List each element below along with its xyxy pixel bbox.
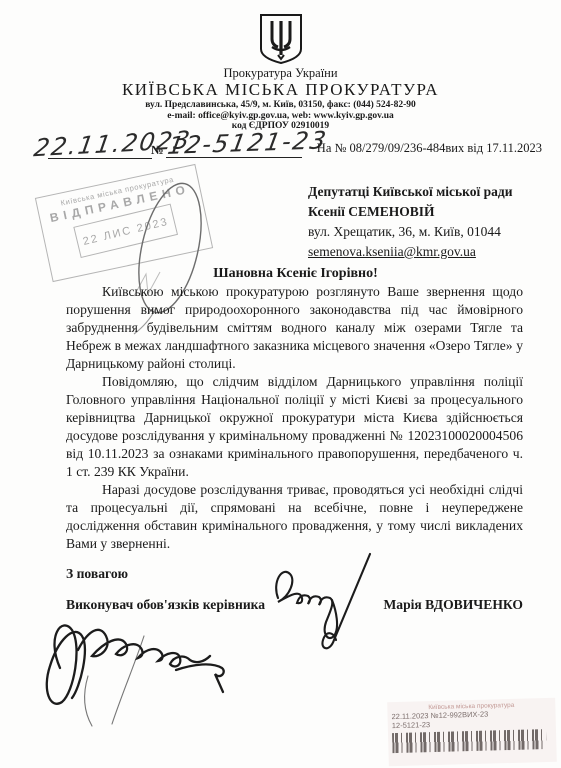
registration-label: Київська міська прокуратура 22.11.2023 №…	[387, 698, 557, 766]
reply-reference: На № 08/279/09/236-484вих від 17.11.2023	[300, 141, 542, 156]
salutation: Шановна Ксеніє Ігорівно!	[68, 266, 523, 282]
recipient-email: semenova.kseniia@kmr.gov.ua	[308, 242, 538, 262]
barcode	[392, 729, 546, 753]
number-sign: №	[151, 143, 164, 158]
letter-body: Київською міською прокуратурою розглянут…	[66, 283, 523, 553]
recipient-address: вул. Хрещатик, 36, м. Київ, 01044	[308, 222, 538, 242]
org-contact: e-mail: office@kyiv.gp.gov.ua, web: www.…	[0, 111, 561, 121]
org-name: КИЇВСЬКА МІСЬКА ПРОКУРАТУРА	[0, 80, 561, 100]
recipient-title: Депутатці Київської міської ради	[308, 182, 538, 202]
closing-phrase: З повагою	[66, 566, 128, 582]
date-underline	[48, 158, 152, 159]
org-parent-name: Прокуратура України	[0, 66, 561, 81]
paragraph-3: Наразі досудове розслідування триває, пр…	[66, 481, 523, 553]
letter-page: Прокуратура України КИЇВСЬКА МІСЬКА ПРОК…	[0, 0, 561, 768]
recipient-block: Депутатці Київської міської ради Ксенії …	[308, 182, 538, 262]
paragraph-2: Повідомляю, що слідчим відділом Дарницьк…	[66, 373, 523, 481]
recipient-name: Ксенії СЕМЕНОВІЙ	[308, 202, 538, 222]
paragraph-1: Київською міською прокуратурою розглянут…	[66, 283, 523, 373]
number-underline	[166, 157, 302, 158]
signature-ink-main	[262, 548, 402, 668]
org-address: вул. Предславинська, 45/9, м. Київ, 0315…	[0, 100, 561, 110]
signature-ink-scribble	[26, 606, 261, 731]
ukraine-trident-emblem	[258, 13, 304, 65]
